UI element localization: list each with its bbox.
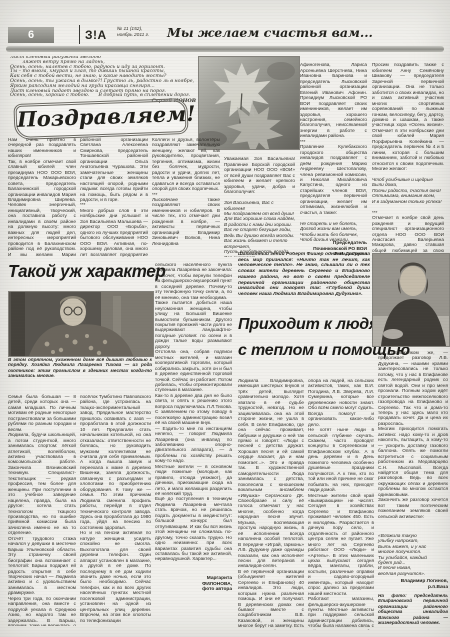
congrats-headline: Поздравляем!	[13, 98, 188, 140]
right-article-column-1: Людмила Владимировна, имеющая шестерых в…	[238, 378, 304, 630]
page-number: 6	[8, 27, 54, 43]
shmakova-kopeikina-text: Просим поздравить также с юбилеем Анну С…	[372, 62, 444, 171]
jubilee-verse: Зоя Васильевна, Вас с юбилеем! Мы поздра…	[224, 200, 295, 257]
woman-at-desk-graphic	[373, 254, 449, 346]
right-article-signature: Владимир Логинов, р.п.Вача	[378, 579, 448, 590]
left-photo-caption: В этом опрятном, ухоженном доме всё дыши…	[8, 357, 152, 392]
header-divider	[79, 25, 80, 44]
issue-info: № 11 (152), ноябрь 2011 г.	[117, 27, 149, 39]
right-article-column-2: опора на людей, на сельских активистов, …	[308, 378, 374, 630]
right-article-headline-line1: Приходит к людям	[238, 316, 390, 334]
tikhova-photo	[8, 291, 154, 357]
congrats-column-1: Нам очень приятно в очередной раз поздра…	[8, 137, 76, 257]
newspaper-logo: З!А	[85, 28, 107, 42]
autumn-poem: Лист кленовый радужной звездою ляжет вет…	[10, 56, 200, 98]
wishes-verse: Чтоб улыбчивые и щедрые Были дома, Полны…	[372, 177, 444, 204]
newspaper-page: 6 З!А № 11 (152), ноябрь 2011 г. Мы жела…	[0, 0, 450, 637]
congrats-column-4: Уважаемая Зоя Васильевна! Правление Борс…	[224, 151, 295, 257]
left-article-column-1: Семья была большая — 8 детей, среди кото…	[8, 394, 76, 626]
borskaya-greeting: Уважаемая Зоя Васильевна! Правление Борс…	[224, 156, 295, 194]
right-article-column-3: — Порожняком же, — продолжает разговор Л…	[378, 350, 448, 532]
makarova-text: *** Отмечает в ноябре свой день рождения…	[372, 210, 444, 257]
left-article-column-3: сельского населённого пункта Людмила Лаз…	[155, 262, 232, 574]
dudukina-photo	[372, 253, 450, 347]
right-article-lead: Шахматный гений Роберт Фишер однажды вдр…	[238, 252, 370, 314]
congrats-column-2: районной организации Светлана Алексеевна…	[80, 137, 148, 257]
farewell-verse: «Вложила такую улыбку напрокат, Быть мож…	[378, 534, 448, 577]
lyskovo-kulebaki-text: Афиногенова, Лариса Арсеньевна Шерстнева…	[300, 62, 367, 215]
seated-woman-graphic	[9, 292, 153, 356]
maple-leaves-photo	[198, 56, 300, 150]
left-article-signature: Маргарита ФИЛОНОВА, фото автора	[155, 576, 232, 593]
congrats-column-3: Коллеги и друзья, волонтёры поздравляют …	[152, 137, 220, 257]
congrats-column-6: Просим поздравить также с юбилеем Анну С…	[372, 57, 444, 257]
maple-leaf-graphic	[199, 57, 299, 149]
health-verse: Не стареть и не болеть, Долгой жизни вам…	[300, 221, 367, 241]
right-photo-caption: На фото: председатель Епифановской перви…	[378, 593, 448, 633]
header-rule	[6, 46, 444, 52]
page-motto: Мы желаем счастья вам...	[167, 25, 373, 40]
left-article-column-2: посёлок Тумботино Павловского района, гд…	[80, 394, 151, 626]
congrats-column-5: Афиногенова, Лариса Арсеньевна Шерстнева…	[300, 57, 367, 241]
